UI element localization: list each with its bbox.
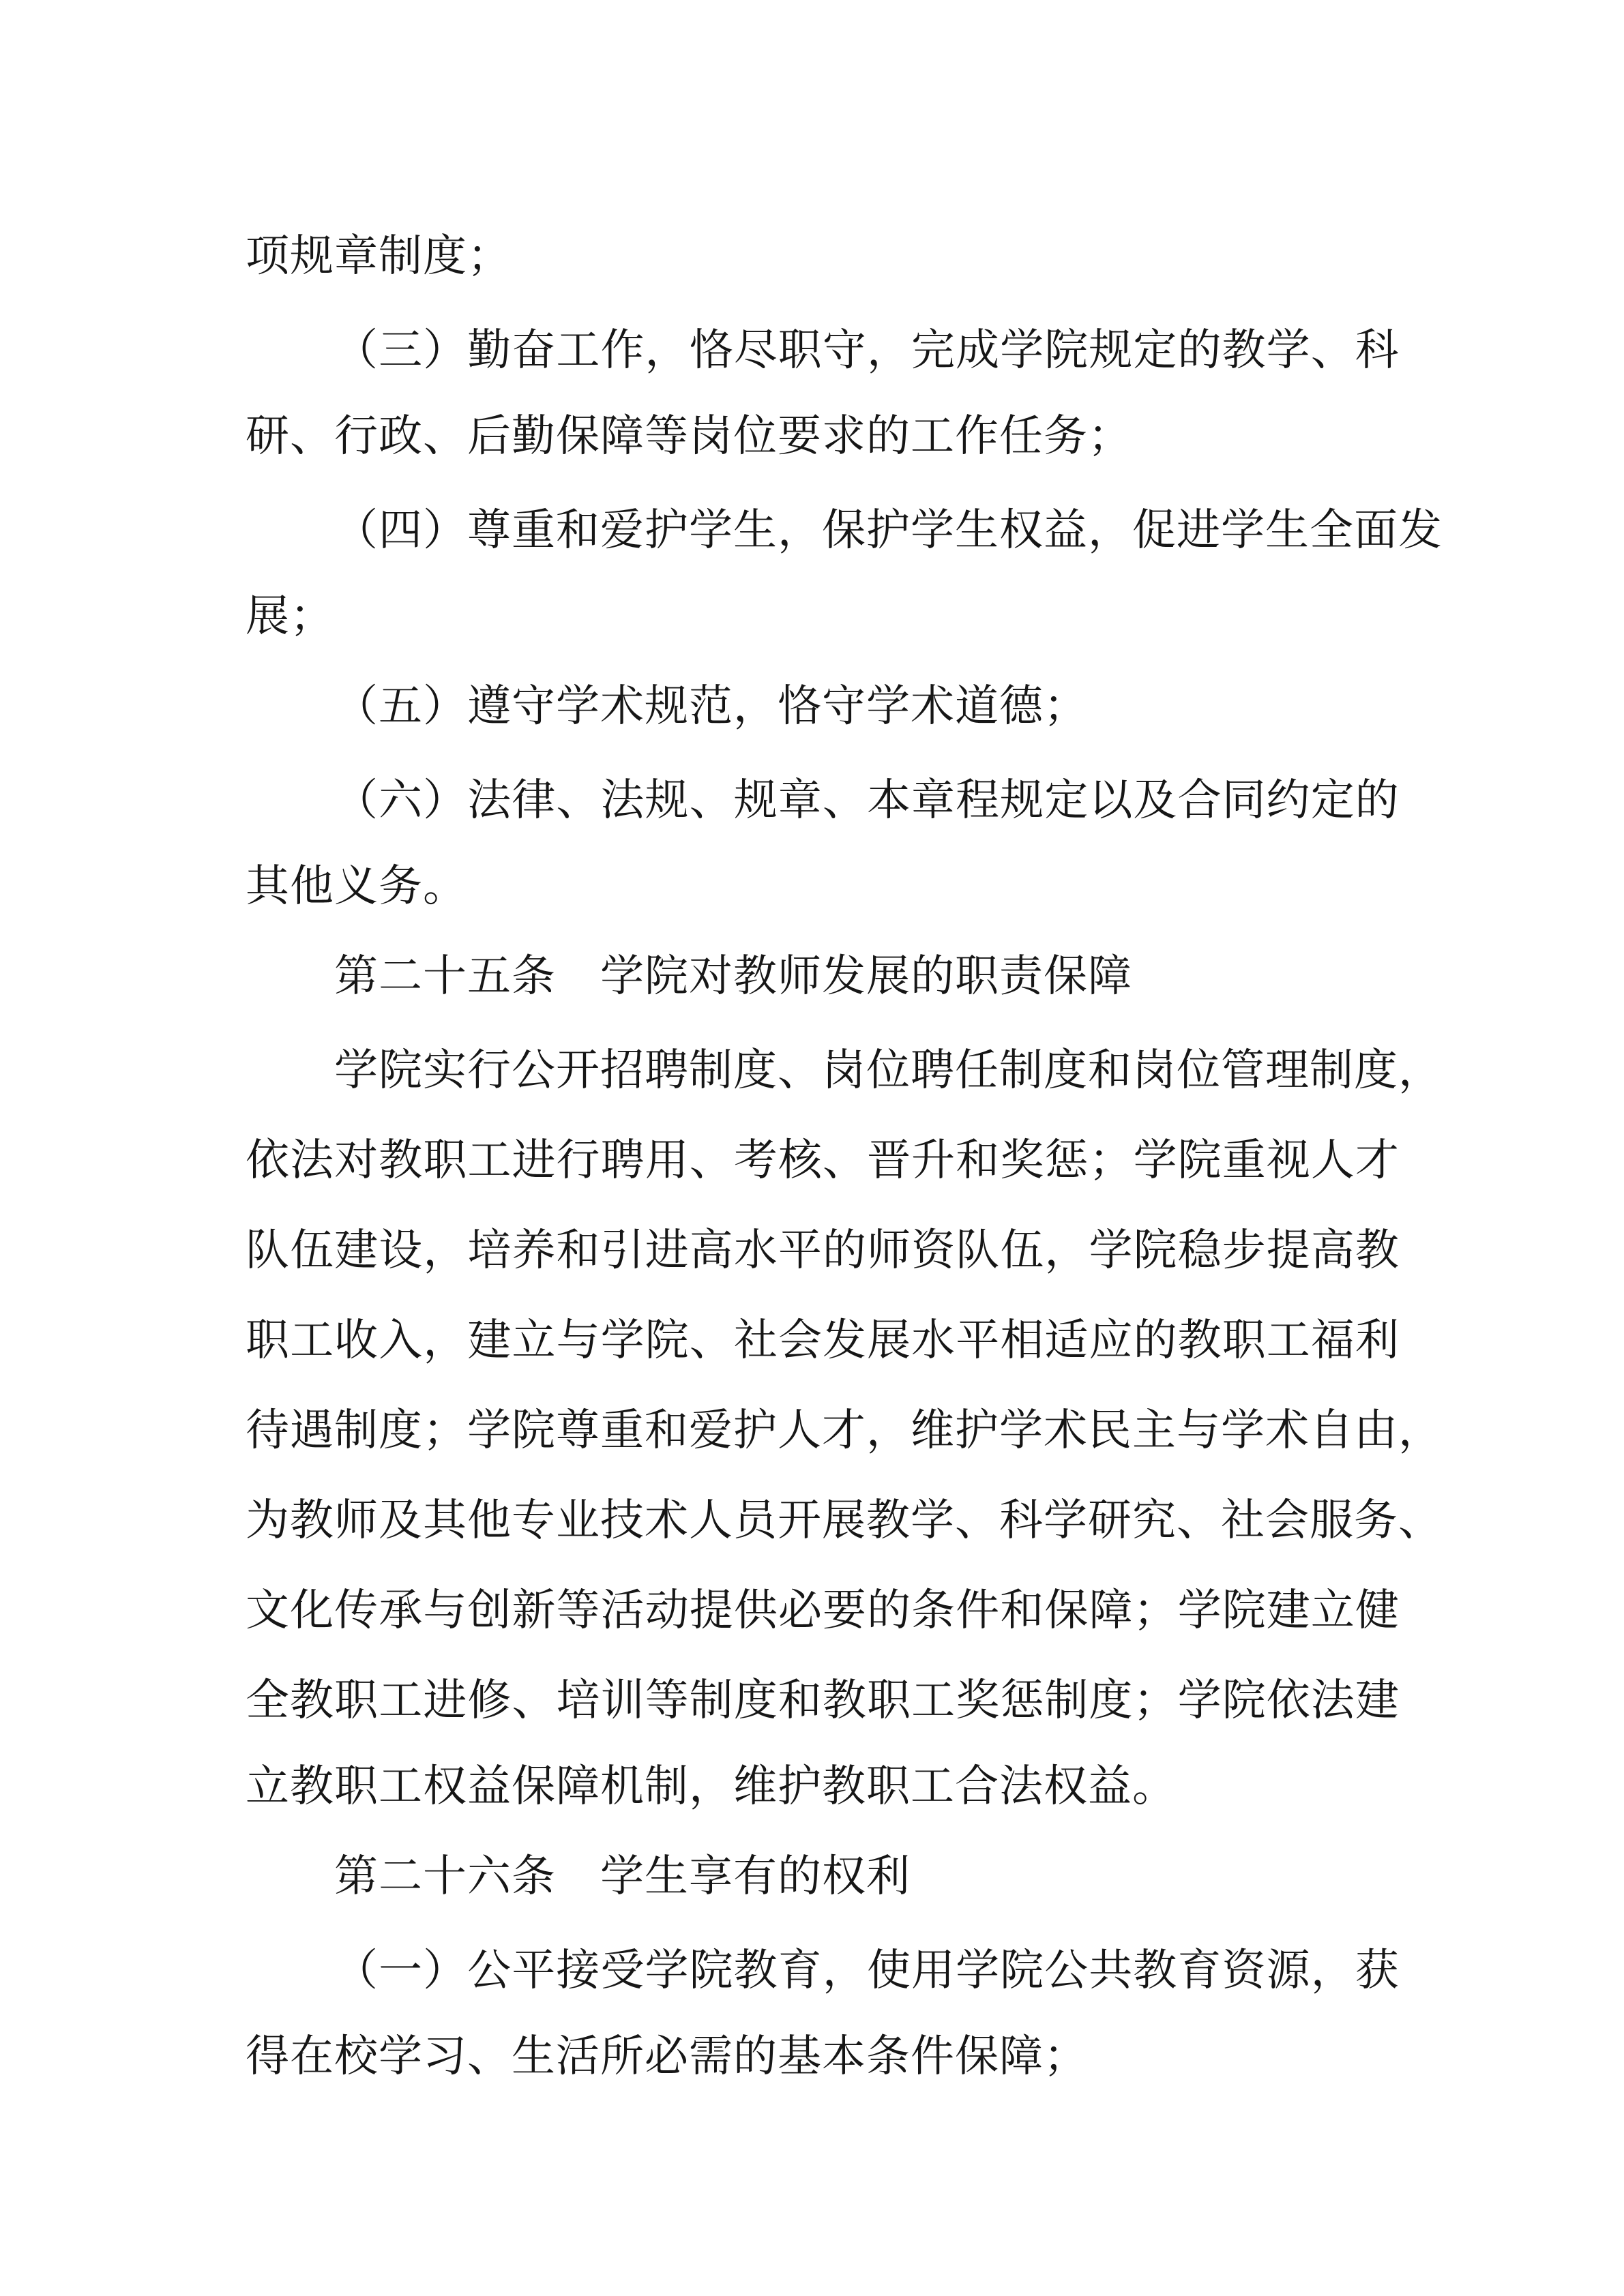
- document-char: 学: [1267, 315, 1311, 378]
- document-char: 视: [1267, 1125, 1311, 1188]
- document-char: 护: [866, 495, 911, 558]
- document-char: 化: [290, 1575, 334, 1638]
- document-char: 健: [1355, 1575, 1400, 1638]
- document-char: ，: [867, 315, 911, 378]
- document-char: 任: [955, 1035, 999, 1098]
- document-char: 与: [1177, 1395, 1221, 1458]
- document-char: 制: [689, 1035, 733, 1098]
- document-char: 为: [246, 1485, 290, 1548]
- document-char: 资: [1222, 1935, 1267, 1998]
- document-char: 教: [1178, 1305, 1222, 1368]
- document-char: 岗: [822, 1035, 866, 1098]
- document-char: 程: [956, 765, 1000, 828]
- document-char: 术: [1044, 1395, 1088, 1458]
- document-char: 规: [1089, 315, 1133, 378]
- document-char: 依: [246, 1125, 290, 1188]
- document-char: 学: [334, 1035, 379, 1098]
- document-char: 、: [556, 765, 600, 828]
- document-char: 和: [645, 1395, 689, 1458]
- document-char: 保: [822, 495, 866, 558]
- document-char: 律: [512, 765, 556, 828]
- document-char: 教: [1133, 1935, 1177, 1998]
- document-char: 聘: [601, 1125, 645, 1188]
- document-char: 障: [1089, 1575, 1133, 1638]
- document-char: ）: [423, 765, 467, 828]
- document-char: 工: [290, 1305, 334, 1368]
- document-char: 尽: [734, 315, 778, 378]
- document-char: 全: [246, 1665, 290, 1728]
- document-char: 完: [911, 315, 956, 378]
- document-char: 进: [1177, 495, 1221, 558]
- document-char: 制: [690, 1665, 734, 1728]
- document-char: 护: [645, 495, 689, 558]
- document-char: 和: [956, 1125, 1000, 1188]
- document-char: 教: [823, 1665, 867, 1728]
- document-char: 训: [601, 1665, 645, 1728]
- document-text-block: 项规章制度；（三）勤奋工作，恪尽职守，完成学院规定的教学、科研、行政、后勤保障等…: [246, 211, 1400, 2102]
- document-char: 守: [823, 315, 867, 378]
- document-char: 要: [823, 1575, 867, 1638]
- document-char: 职: [246, 1305, 290, 1368]
- document-char: 院: [1178, 1125, 1222, 1188]
- document-char: 相: [1000, 1305, 1044, 1368]
- document-line: 其他义务。: [246, 841, 1400, 931]
- document-char: 规: [645, 765, 690, 828]
- document-char: 同: [1222, 765, 1267, 828]
- document-char: 教: [866, 1485, 911, 1548]
- document-char: 进: [645, 1215, 690, 1278]
- document-char: 学: [1178, 1665, 1222, 1728]
- document-char: 用: [911, 1935, 956, 1998]
- document-char: 、: [1311, 315, 1355, 378]
- document-char: 保: [1044, 1575, 1089, 1638]
- document-char: 及: [1133, 765, 1177, 828]
- document-char: 建: [334, 1215, 379, 1278]
- document-char: 法: [290, 1125, 334, 1188]
- document-char: ；: [1089, 1125, 1133, 1188]
- document-line: （六）法律、法规、规章、本章程规定以及合同约定的: [246, 751, 1400, 841]
- document-char: 的: [867, 1575, 911, 1638]
- document-char: 学: [601, 1305, 645, 1368]
- document-char: 成: [956, 315, 1000, 378]
- document-char: 教: [1222, 315, 1267, 378]
- document-char: 行: [557, 1125, 601, 1188]
- document-char: 学: [1000, 315, 1044, 378]
- document-char: 平: [778, 1215, 823, 1278]
- document-char: 必: [778, 1575, 823, 1638]
- document-char: 度: [1044, 1035, 1088, 1098]
- document-char: 的: [823, 1215, 867, 1278]
- document-char: 公: [1044, 1935, 1089, 1998]
- document-char: 与: [423, 1575, 467, 1638]
- document-char: 术: [1265, 1395, 1310, 1458]
- document-char: 学: [956, 1935, 1000, 1998]
- document-char: 工: [1267, 1305, 1311, 1368]
- document-char: 制: [1044, 1665, 1089, 1728]
- document-char: ；: [1134, 1575, 1178, 1638]
- document-line: 队伍建设，培养和引进高水平的师资队伍，学院稳步提高教: [246, 1202, 1400, 1292]
- document-char: 位: [866, 1035, 911, 1098]
- document-line: 项规章制度；: [246, 211, 1400, 301]
- document-char: 育: [1177, 1935, 1222, 1998]
- document-char: 伍: [290, 1215, 334, 1278]
- document-char: 科: [999, 1485, 1044, 1548]
- document-char: 共: [1089, 1935, 1133, 1998]
- document-char: 实: [423, 1035, 467, 1098]
- document-char: 生: [955, 495, 999, 558]
- document-char: 学: [1089, 1215, 1133, 1278]
- document-char: 爱: [689, 1395, 733, 1458]
- document-char: 研: [1088, 1485, 1132, 1548]
- document-char: 教: [379, 1125, 423, 1188]
- document-char: 发: [1398, 495, 1443, 558]
- document-line: （三）勤奋工作，恪尽职守，完成学院规定的教学、科: [246, 301, 1400, 391]
- document-char: 、: [690, 1125, 734, 1188]
- document-char: 利: [1355, 1305, 1400, 1368]
- document-line: 学院实行公开招聘制度、岗位聘任制度和岗位管理制度，: [246, 1022, 1400, 1112]
- document-char: 学: [689, 495, 733, 558]
- document-char: 的: [1134, 1305, 1178, 1368]
- document-char: 修: [467, 1665, 512, 1728]
- document-char: 和: [556, 495, 600, 558]
- document-char: 自: [1310, 1395, 1354, 1458]
- document-char: 伍: [1000, 1215, 1044, 1278]
- document-char: 合: [1177, 765, 1222, 828]
- document-char: 学: [1221, 1395, 1265, 1458]
- document-char: 奖: [956, 1665, 1000, 1728]
- document-char: 才: [1355, 1125, 1400, 1188]
- document-line: （四）尊重和爱护学生，保护学生权益，促进学生全面发: [246, 481, 1400, 571]
- document-char: 度: [734, 1665, 778, 1728]
- document-char: 生: [733, 495, 778, 558]
- document-char: 勤: [467, 315, 512, 378]
- document-char: ，: [1044, 1215, 1089, 1278]
- document-char: 收: [334, 1305, 379, 1368]
- document-char: 立: [1311, 1575, 1355, 1638]
- document-char: 会: [778, 1305, 823, 1368]
- document-char: 其: [423, 1485, 467, 1548]
- document-char: 进: [423, 1665, 467, 1728]
- document-char: 管: [1221, 1035, 1265, 1098]
- document-char: 使: [867, 1935, 911, 1998]
- document-char: 创: [467, 1575, 512, 1638]
- document-char: 术: [645, 1485, 689, 1548]
- document-char: 惩: [1044, 1125, 1089, 1188]
- document-char: 护: [733, 1395, 778, 1458]
- document-char: 进: [512, 1125, 556, 1188]
- document-char: 的: [1177, 315, 1222, 378]
- document-char: ，: [1398, 1035, 1443, 1098]
- document-char: （: [334, 765, 379, 828]
- document-char: 学: [1134, 1125, 1178, 1188]
- document-line: 全教职工进修、培训等制度和教职工奖惩制度；学院依法建: [246, 1652, 1400, 1742]
- document-char: ，: [423, 1305, 467, 1368]
- document-char: 供: [734, 1575, 778, 1638]
- document-char: 考: [734, 1125, 778, 1188]
- document-char: 教: [1355, 1215, 1400, 1278]
- document-char: 院: [690, 1935, 734, 1998]
- document-char: 福: [1311, 1305, 1355, 1368]
- document-char: ，: [1088, 495, 1132, 558]
- document-char: 和: [1088, 1035, 1132, 1098]
- document-char: 职: [423, 1125, 467, 1188]
- document-char: 度: [1089, 1665, 1133, 1728]
- document-char: 主: [1132, 1395, 1177, 1458]
- document-char: 技: [600, 1485, 645, 1548]
- document-char: 四: [379, 495, 423, 558]
- document-char: 职: [1222, 1305, 1267, 1368]
- document-line: 得在校学习、生活所必需的基本条件保障；: [246, 2012, 1400, 2102]
- document-line: 职工收入，建立与学院、社会发展水平相适应的教职工福利: [246, 1292, 1400, 1382]
- document-char: 和: [557, 1215, 601, 1278]
- document-char: 究: [1132, 1485, 1177, 1548]
- document-char: 章: [911, 765, 956, 828]
- document-char: 展: [822, 1485, 866, 1548]
- document-char: 及: [379, 1485, 423, 1548]
- document-char: 院: [1134, 1215, 1178, 1278]
- document-line: 第二十五条 学院对教师发展的职责保障: [246, 931, 1400, 1022]
- document-char: 学: [1221, 495, 1265, 558]
- document-char: 对: [334, 1125, 379, 1188]
- document-char: 传: [334, 1575, 379, 1638]
- document-char: 教: [290, 1665, 334, 1728]
- document-char: 由: [1354, 1395, 1398, 1458]
- document-char: 本: [867, 765, 911, 828]
- document-char: 职: [334, 1665, 379, 1728]
- document-char: 学: [1044, 1485, 1088, 1548]
- document-char: 制: [1310, 1035, 1354, 1098]
- document-char: 动: [645, 1575, 690, 1638]
- document-char: 职: [778, 315, 823, 378]
- document-char: 学: [999, 1395, 1044, 1458]
- document-char: 人: [778, 1395, 822, 1458]
- document-char: 爱: [600, 495, 645, 558]
- document-char: 、: [690, 1305, 734, 1368]
- document-char: 队: [246, 1215, 290, 1278]
- document-char: 师: [334, 1485, 379, 1548]
- document-char: ）: [423, 315, 467, 378]
- document-char: 恪: [690, 315, 734, 378]
- document-char: 定: [1133, 315, 1177, 378]
- document-char: 引: [601, 1215, 645, 1278]
- document-char: 高: [1311, 1215, 1355, 1278]
- document-char: 、: [955, 1485, 999, 1548]
- document-char: 制: [334, 1395, 379, 1458]
- document-line: 第二十六条 学生享有的权利: [246, 1832, 1400, 1922]
- document-char: 学: [645, 1935, 690, 1998]
- document-char: 学: [1178, 1575, 1222, 1638]
- document-char: 益: [1044, 495, 1088, 558]
- document-line: （五）遵守学术规范，恪守学术道德；: [246, 661, 1400, 751]
- document-char: ，: [1311, 1935, 1355, 1998]
- document-char: 他: [467, 1485, 512, 1548]
- document-char: 适: [1044, 1305, 1089, 1368]
- document-char: ）: [423, 1935, 467, 1998]
- document-char: 业: [556, 1485, 600, 1548]
- document-char: ）: [423, 495, 467, 558]
- document-char: 专: [512, 1485, 556, 1548]
- document-char: 高: [690, 1215, 734, 1278]
- document-line: 依法对教职工进行聘用、考核、晋升和奖惩；学院重视人才: [246, 1112, 1400, 1202]
- document-char: 定: [1044, 765, 1089, 828]
- document-char: 法: [467, 765, 512, 828]
- document-char: 、: [512, 1665, 556, 1728]
- document-char: 章: [778, 765, 823, 828]
- document-char: 核: [778, 1125, 823, 1188]
- document-char: 提: [690, 1575, 734, 1638]
- document-char: 的: [1355, 765, 1400, 828]
- document-char: ，: [645, 315, 690, 378]
- document-char: 设: [379, 1215, 423, 1278]
- document-char: 作: [600, 315, 645, 378]
- document-char: 等: [557, 1575, 601, 1638]
- document-char: 活: [601, 1575, 645, 1638]
- document-char: 全: [1310, 495, 1354, 558]
- document-char: 工: [379, 1665, 423, 1728]
- document-char: 学: [911, 495, 955, 558]
- document-char: 三: [379, 315, 423, 378]
- document-char: 培: [467, 1215, 512, 1278]
- document-char: 重: [600, 1395, 645, 1458]
- document-char: 重: [512, 495, 556, 558]
- document-char: 惩: [1000, 1665, 1044, 1728]
- document-char: ；: [1134, 1665, 1178, 1728]
- document-char: 社: [734, 1305, 778, 1368]
- document-char: 社: [1221, 1485, 1265, 1548]
- document-char: 职: [867, 1665, 911, 1728]
- document-char: 六: [379, 765, 423, 828]
- document-char: 培: [557, 1665, 601, 1728]
- document-char: 开: [556, 1035, 600, 1098]
- document-char: 开: [778, 1485, 822, 1548]
- document-char: 行: [467, 1035, 512, 1098]
- document-char: 公: [512, 1035, 556, 1098]
- document-char: 人: [689, 1485, 733, 1548]
- document-char: 用: [645, 1125, 690, 1188]
- document-char: （: [334, 495, 379, 558]
- document-char: 、: [1177, 1485, 1221, 1548]
- document-char: 队: [956, 1215, 1000, 1278]
- document-char: 生: [1265, 495, 1310, 558]
- document-char: 约: [1267, 765, 1311, 828]
- document-char: 展: [867, 1305, 911, 1368]
- document-char: 育: [778, 1935, 823, 1998]
- document-char: 等: [645, 1665, 690, 1728]
- document-char: 法: [600, 765, 645, 828]
- document-char: 文: [246, 1575, 290, 1638]
- document-char: 晋: [867, 1125, 911, 1188]
- document-char: 度: [379, 1395, 423, 1458]
- document-line: （一）公平接受学院教育，使用学院公共教育资源，获: [246, 1922, 1400, 2012]
- document-char: 院: [1044, 315, 1089, 378]
- document-char: 院: [512, 1395, 556, 1458]
- document-char: 以: [1089, 765, 1133, 828]
- document-char: 源: [1267, 1935, 1311, 1998]
- document-char: 受: [600, 1935, 645, 1998]
- document-char: 遇: [290, 1395, 334, 1458]
- document-char: 奖: [1000, 1125, 1044, 1188]
- document-char: 重: [1222, 1125, 1267, 1188]
- document-char: ，: [423, 1215, 467, 1278]
- document-char: 教: [290, 1485, 334, 1548]
- document-char: 学: [911, 1485, 955, 1548]
- document-char: 平: [956, 1305, 1000, 1368]
- document-char: 水: [734, 1215, 778, 1278]
- document-char: 条: [911, 1575, 956, 1638]
- document-char: 提: [1267, 1215, 1311, 1278]
- document-char: 院: [1222, 1665, 1267, 1728]
- document-char: 院: [379, 1035, 423, 1098]
- document-char: 工: [911, 1665, 956, 1728]
- document-char: 件: [956, 1575, 1000, 1638]
- document-char: ，: [1398, 1395, 1443, 1458]
- document-char: 服: [1310, 1485, 1354, 1548]
- document-char: 院: [1222, 1575, 1267, 1638]
- document-char: 度: [733, 1035, 778, 1098]
- document-char: 依: [1267, 1665, 1311, 1728]
- document-char: 平: [512, 1935, 556, 1998]
- document-char: 建: [1267, 1575, 1311, 1638]
- document-char: 、: [778, 1035, 822, 1098]
- document-char: 资: [911, 1215, 956, 1278]
- document-line: 展；: [246, 571, 1400, 661]
- document-char: 获: [1355, 1935, 1400, 1998]
- document-char: 规: [734, 765, 778, 828]
- document-char: 工: [467, 1125, 512, 1188]
- document-char: ；: [423, 1395, 467, 1458]
- document-line: 待遇制度；学院尊重和爱护人才，维护学术民主与学术自由，: [246, 1382, 1400, 1472]
- document-char: 工: [556, 315, 600, 378]
- document-char: 会: [1265, 1485, 1310, 1548]
- document-char: ，: [823, 1935, 867, 1998]
- document-char: 民: [1088, 1395, 1132, 1458]
- document-char: 奋: [512, 315, 556, 378]
- document-char: 尊: [467, 495, 512, 558]
- document-char: 岗: [1132, 1035, 1177, 1098]
- document-char: 接: [556, 1935, 600, 1998]
- document-char: 教: [734, 1935, 778, 1998]
- document-char: 立: [512, 1305, 556, 1368]
- document-char: 建: [1355, 1665, 1400, 1728]
- document-char: 制: [999, 1035, 1044, 1098]
- document-char: ，: [866, 1395, 911, 1458]
- document-char: 和: [1000, 1575, 1044, 1638]
- document-char: 务: [1354, 1485, 1398, 1548]
- document-char: 承: [379, 1575, 423, 1638]
- document-char: 院: [645, 1305, 690, 1368]
- document-char: 尊: [556, 1395, 600, 1458]
- document-char: 师: [867, 1215, 911, 1278]
- document-char: 入: [379, 1305, 423, 1368]
- document-char: 学: [467, 1395, 512, 1458]
- document-line: 研、行政、后勤保障等岗位要求的工作任务；: [246, 391, 1400, 481]
- document-char: 院: [1000, 1935, 1044, 1998]
- document-char: 规: [1000, 765, 1044, 828]
- document-line: 立教职工权益保障机制，维护教职工合法权益。: [246, 1742, 1400, 1832]
- document-char: （: [334, 1935, 379, 1998]
- document-char: 、: [823, 765, 867, 828]
- document-char: 养: [512, 1215, 556, 1278]
- document-char: 员: [733, 1485, 778, 1548]
- document-char: 和: [778, 1665, 823, 1728]
- document-char: 待: [246, 1395, 290, 1458]
- document-char: 理: [1265, 1035, 1310, 1098]
- document-char: 定: [1311, 765, 1355, 828]
- document-char: 、: [823, 1125, 867, 1188]
- document-char: 招: [600, 1035, 645, 1098]
- document-char: 度: [1354, 1035, 1398, 1098]
- document-char: 步: [1222, 1215, 1267, 1278]
